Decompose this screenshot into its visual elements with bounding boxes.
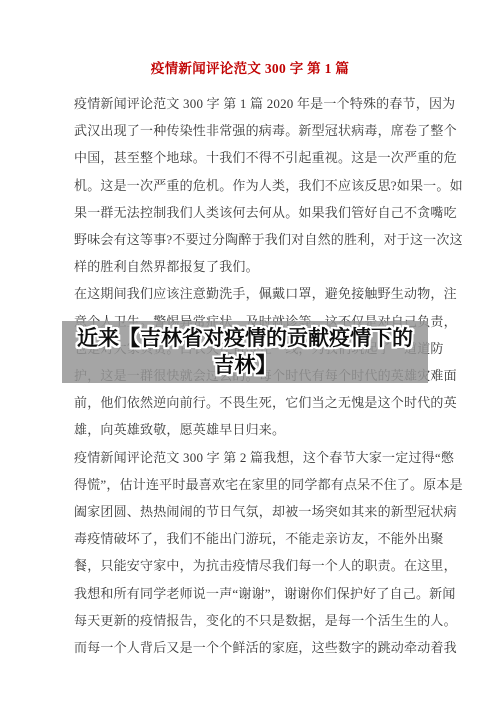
body-line: 毒疫情破坏了，我们不能出门游玩，不能走亲访友，不能外出聚 (74, 525, 430, 552)
body-line: 阖家团圆、热热闹闹的节日气氛，却被一场突如其来的新型冠状病 (74, 498, 430, 525)
body-line: 机。这是一次严重的危机。作为人类，我们不应该反思?如果一。如 (74, 172, 430, 199)
body-line: 果一群无法控制我们人类该何去何从。如果我们管好自己不贪嘴吃 (74, 199, 430, 226)
body-line: 得慌”，估计连平时最喜欢宅在家里的同学都有点呆不住了。原本是 (74, 471, 430, 498)
body-line: 每天更新的疫情报告，变化的不只是数据，是每一个活生生的人。 (74, 607, 430, 634)
body-line: 而每一个人背后又是一个个鲜活的家庭，这些数字的跳动牵动着我 (74, 634, 430, 661)
body-line: 前，他们依然逆向前行。不畏生死，它们当之无愧是这个时代的英 (74, 389, 430, 416)
body-line: 中国，甚至整个地球。十我们不得不引起重视。这是一次严重的危 (74, 144, 430, 171)
body-line: 在这期间我们应该注意勤洗手，佩戴口罩，避免接触野生动物，注 (74, 280, 430, 307)
body-line: 雄，向英雄致敬，愿英雄早日归来。 (74, 416, 430, 443)
body-line: 我想和所有同学老师说一声“谢谢”，谢谢你们保护好了自己。新闻 (74, 580, 430, 607)
body-line: 疫情新闻评论范文 300 字 第 2 篇我想，这个春节大家一定过得“憋 (74, 444, 430, 471)
body-line: 武汉出现了一种传染性非常强的病毒。新型冠状病毒，席卷了整个 (74, 117, 430, 144)
body-line: 野味会有这等事?不要过分陶醉于我们对自然的胜利，对于这一次这 (74, 226, 430, 253)
caption-overlay: 近来【吉林省对疫情的贡献疫情下的 吉林】 (62, 321, 428, 383)
document-title: 疫情新闻评论范文 300 字 第 1 篇 (0, 58, 500, 80)
document-page: 疫情新闻评论范文 300 字 第 1 篇 疫情新闻评论范文 300 字 第 1 … (0, 0, 500, 706)
body-line: 疫情新闻评论范文 300 字 第 1 篇 2020 年是一个特殊的春节，因为 (74, 90, 430, 117)
caption-overlay-line2: 吉林】 (214, 352, 277, 379)
caption-overlay-line1: 近来【吉林省对疫情的贡献疫情下的 (77, 325, 413, 352)
body-line: 餐，只能安守家中，为抗击疫情尽我们每一个人的职责。在这里， (74, 552, 430, 579)
body-line: 样的胜利自然界都报复了我们。 (74, 253, 430, 280)
